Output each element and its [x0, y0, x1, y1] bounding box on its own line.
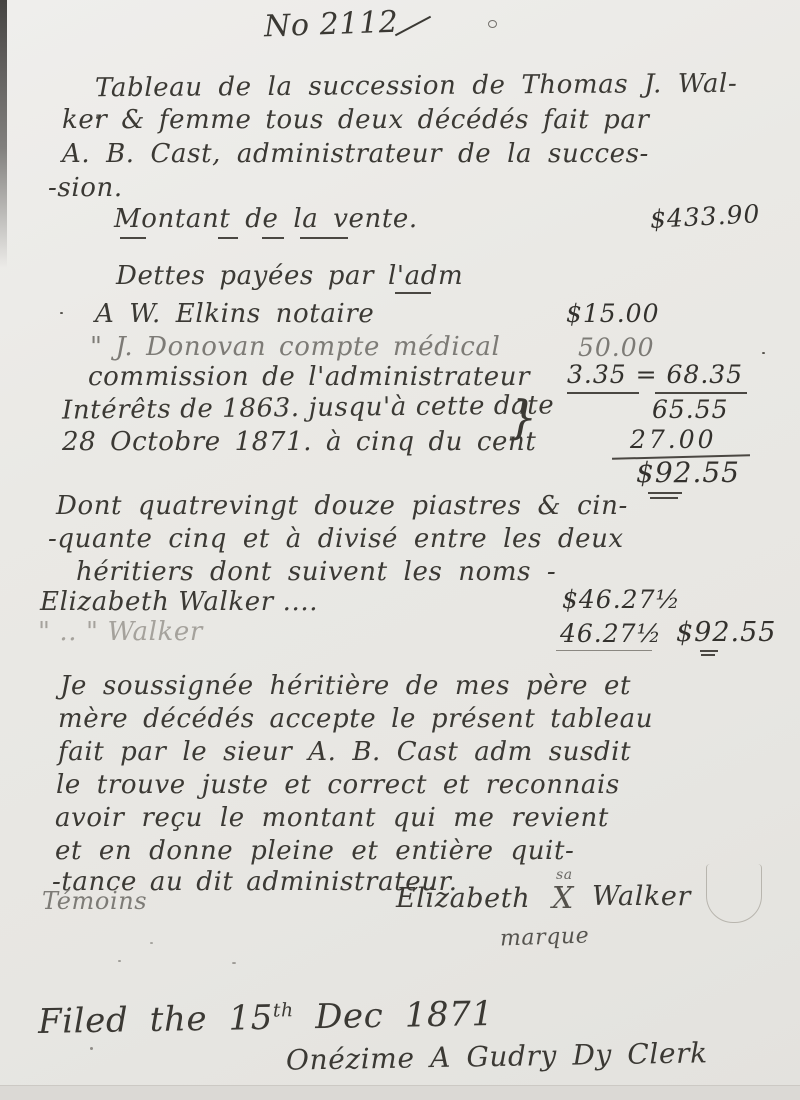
clerk-signature: Onézime A Gudry Dy Clerk — [286, 1038, 708, 1076]
signature-caption: marque — [500, 924, 590, 951]
scan-edge-artifact — [0, 0, 7, 268]
underline-rule — [262, 237, 284, 239]
acceptance-line: avoir reçu le montant qui me revient — [55, 804, 609, 833]
pen-mark-u — [706, 864, 762, 923]
underline-rule — [395, 292, 431, 294]
heir-total: $92.55 — [676, 618, 776, 648]
filed-date: Filed the 15th Dec 1871 — [38, 996, 494, 1041]
title-line: -sion. — [48, 174, 123, 203]
ledger-row-label: Intérêts de 1863. jusqu'à cette date — [62, 391, 555, 425]
ledger-row-label: commission de l'administrateur — [88, 363, 530, 392]
ledger-row-amount: $15.00 — [566, 300, 659, 328]
ledger-row-label: " J. Donovan compte médical — [90, 333, 500, 362]
title-line: Tableau de la succession de Thomas J. Wa… — [95, 70, 738, 103]
ledger-row-amount: 50.00 — [578, 334, 655, 362]
signature-first-name: Elizabeth — [396, 884, 530, 914]
heir-amount: 46.27½ — [560, 620, 662, 648]
acceptance-line: le trouve juste et correct et reconnais — [56, 771, 620, 800]
ledger-total: $92.55 — [636, 458, 740, 489]
underline-rule — [556, 650, 652, 651]
division-line: -quante cinq et à divisé entre les deux — [48, 525, 624, 554]
underline-rule — [120, 237, 146, 239]
acceptance-line: Je soussignée héritière de mes père et — [60, 672, 631, 701]
sale-label: Montant de la vente. — [114, 205, 418, 234]
heir-amount: $46.27½ — [562, 586, 681, 614]
acceptance-line: fait par le sieur A. B. Cast adm susdit — [58, 738, 631, 767]
scanned-document-page: No 2112 Tableau de la succession de Thom… — [0, 0, 800, 1100]
filed-date-ordinal: th — [273, 1000, 294, 1021]
ink-speck — [762, 352, 765, 354]
acceptance-line: et en donne pleine et entière quit- — [55, 837, 574, 866]
acceptance-line: mère décédés accepte le présent tableau — [58, 705, 653, 734]
signature-mark: X — [552, 882, 574, 915]
ledger-row-amount: 65.55 — [652, 396, 729, 424]
ledger-row-label: A W. Elkins notaire — [95, 300, 374, 329]
pen-flourish — [395, 16, 431, 37]
document-number: No 2112 — [263, 6, 398, 44]
double-underline — [648, 492, 682, 494]
filed-date-prefix: Filed the 15 — [38, 998, 274, 1042]
double-underline — [650, 497, 678, 499]
underline-rule — [567, 392, 639, 394]
ink-speck — [60, 312, 63, 314]
ink-speck — [90, 1047, 93, 1050]
scan-bottom-edge — [0, 1085, 800, 1100]
underline-rule — [300, 237, 348, 239]
heir-name: " .. " Walker — [38, 618, 203, 647]
signature-last-name: Walker — [592, 882, 691, 912]
heir-name: Elizabeth Walker .... — [40, 588, 318, 617]
ledger-row-amount: 27.00 — [630, 426, 717, 454]
division-line: Dont quatrevingt douze piastres & cin- — [56, 492, 628, 521]
ink-speck — [118, 960, 121, 962]
division-line: héritiers dont suivent les noms - — [76, 558, 556, 587]
debts-header: Dettes payées par l'adm — [116, 262, 463, 291]
sale-amount: $433.90 — [649, 200, 761, 233]
ledger-row-amount: 3.35 = 68.35 — [567, 361, 743, 389]
underline-rule — [218, 237, 238, 239]
double-underline — [700, 650, 718, 652]
title-line: ker & femme tous deux décédés fait par — [62, 106, 650, 135]
filed-date-rest: Dec 1871 — [293, 994, 494, 1037]
ink-speck — [150, 942, 153, 944]
ink-speck — [232, 962, 236, 964]
ink-speck — [488, 20, 497, 28]
double-underline — [701, 654, 715, 656]
title-line: A. B. Cast, administrateur de la succes- — [62, 140, 649, 169]
underline-rule — [655, 392, 747, 394]
witness-label: Témoins — [42, 888, 147, 914]
ledger-row-label: 28 Octobre 1871. à cinq du cent — [62, 428, 536, 457]
